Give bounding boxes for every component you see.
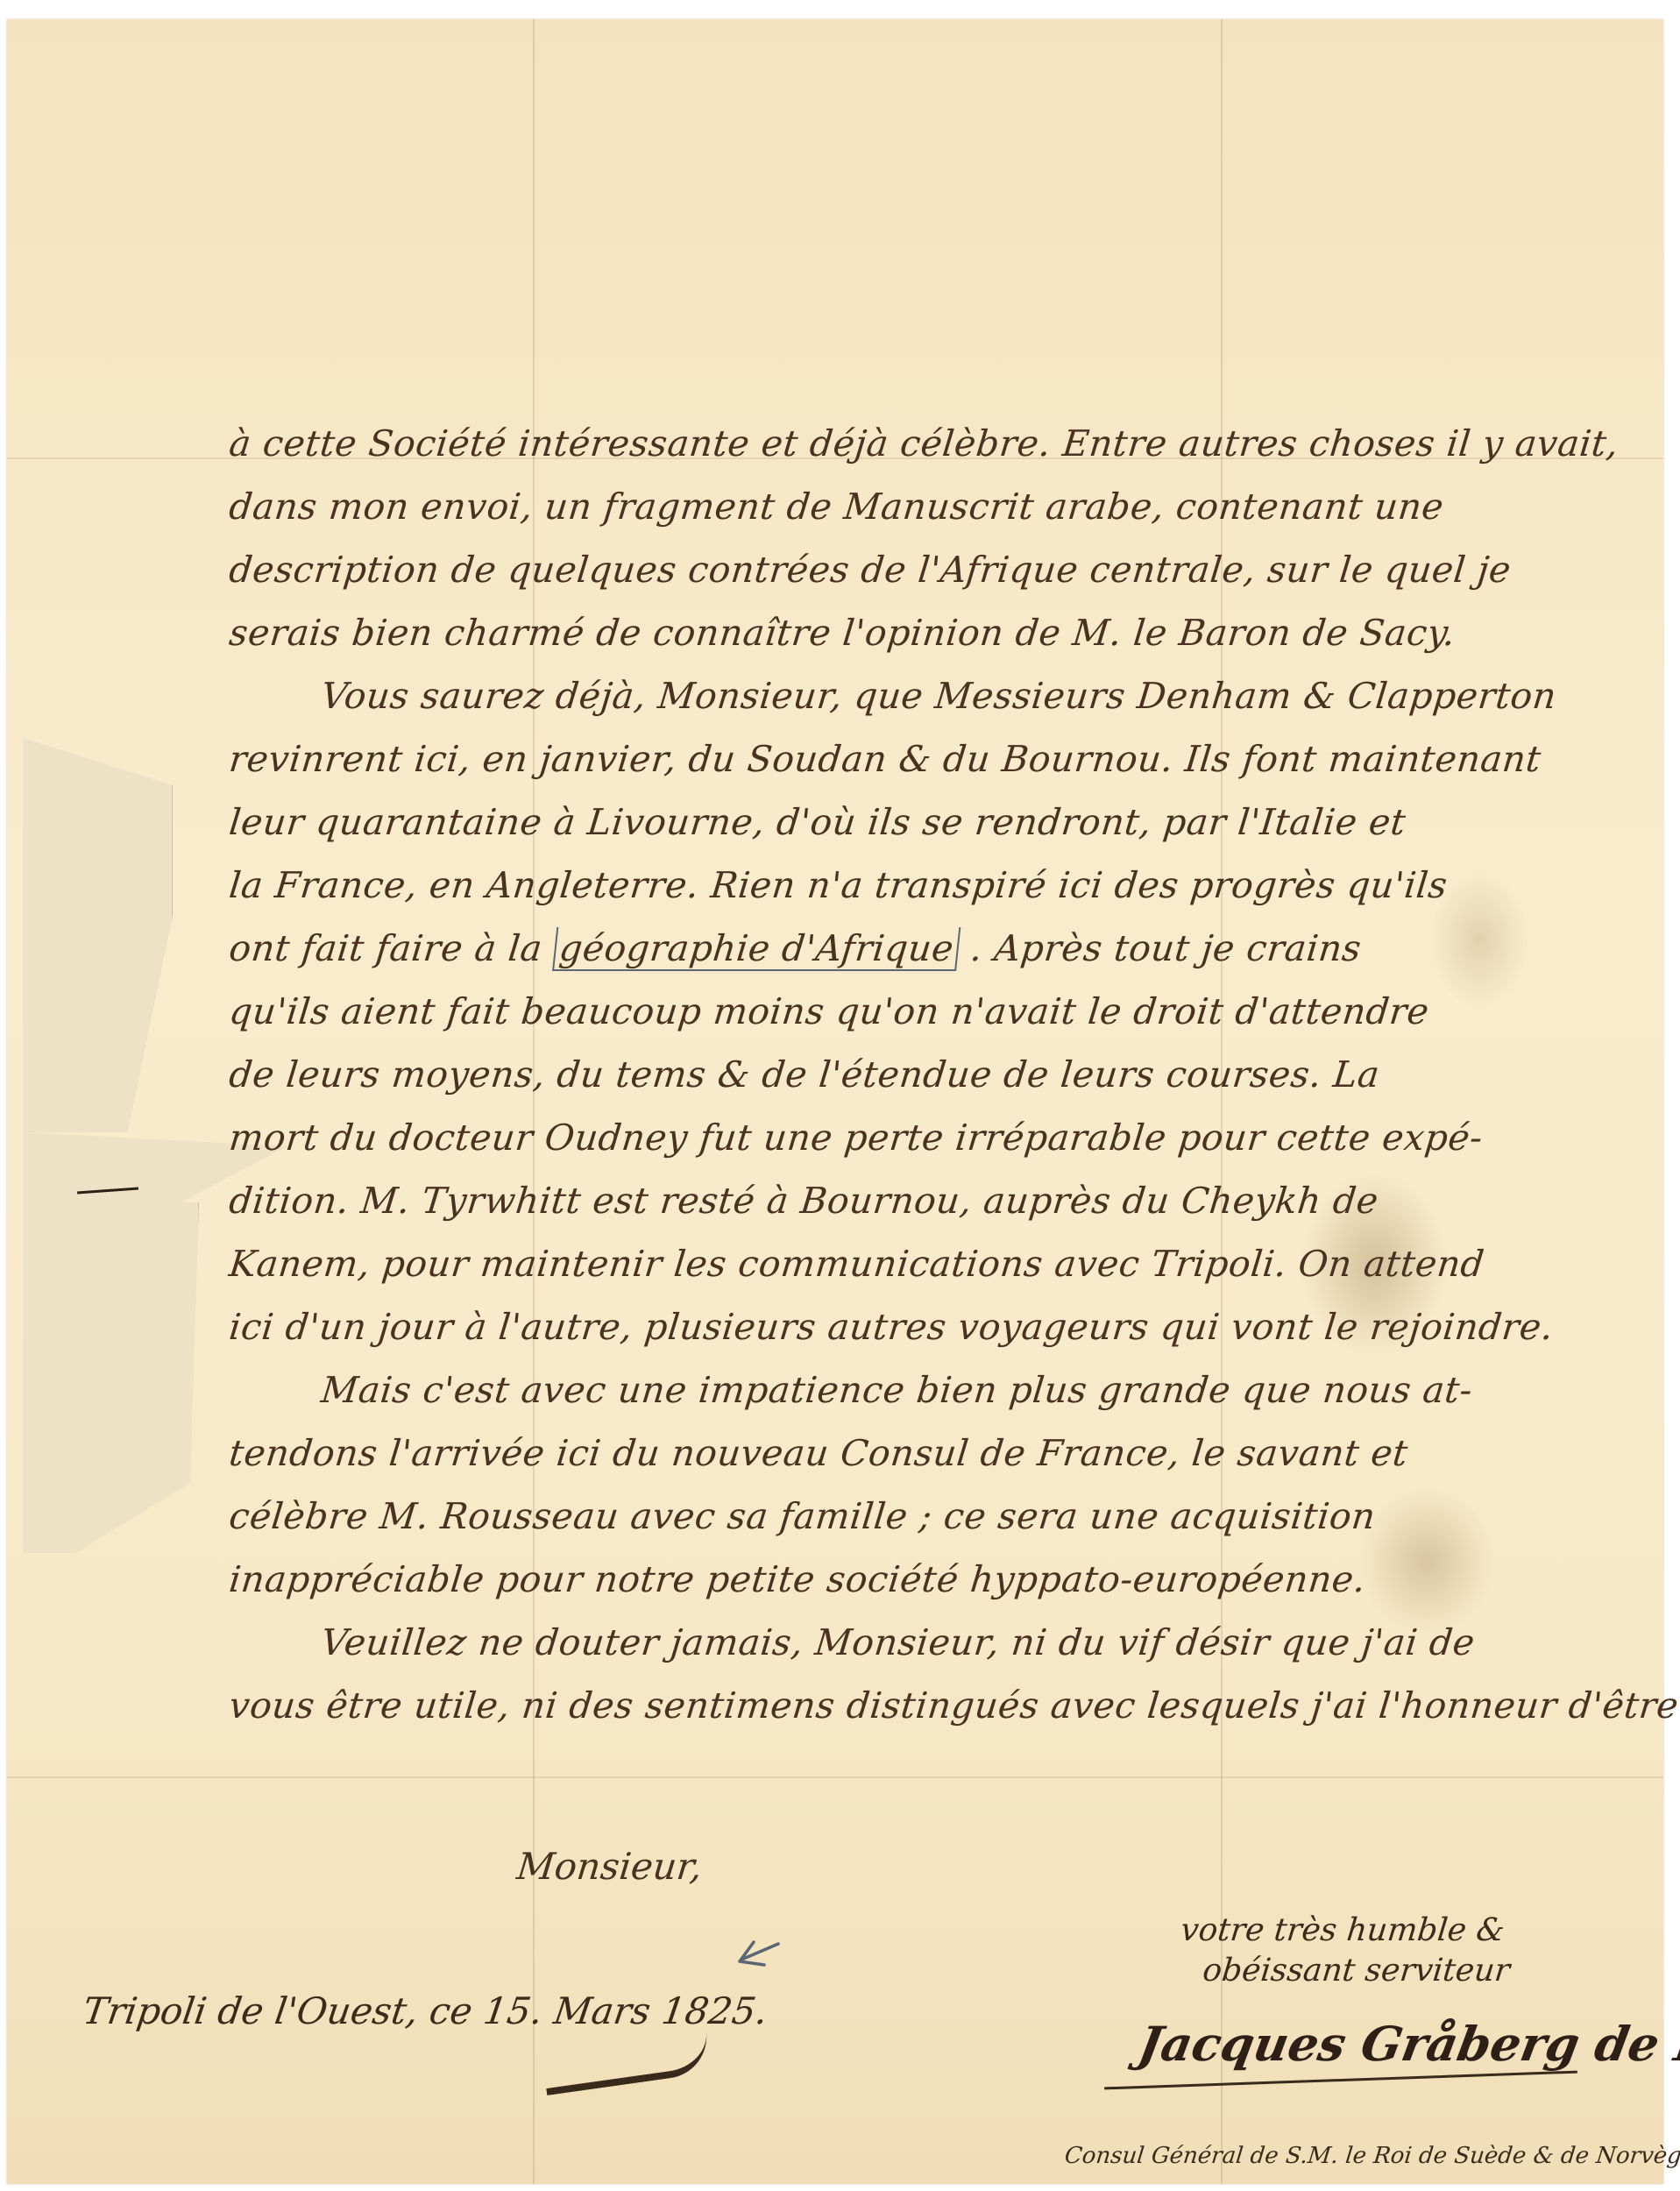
signature: Jacques Gråberg de Hemsö [1134,2016,1680,2072]
letter-line: leur quarantaine à Livourne, d'où ils se… [226,791,1653,854]
letter-line: inappréciable pour notre petite société … [226,1548,1653,1611]
letter-line: Veuillez ne douter jamais, Monsieur, ni … [226,1611,1653,1674]
letter-line: Kanem, pour maintenir les communications… [226,1232,1653,1295]
torn-paper-flap [23,1202,199,1553]
letter-line: la France, en Angleterre. Rien n'a trans… [226,854,1653,917]
letter-line: revinrent ici, en janvier, du Soudan & d… [226,727,1653,791]
torn-paper-flap [23,738,173,1132]
letter-line: qu'ils aient fait beaucoup moins qu'on n… [226,980,1653,1043]
letter-line: mort du docteur Oudney fut une perte irr… [226,1106,1653,1169]
closing-formula: votre très humble & obéissant serviteur [1174,1911,1516,1991]
letter-line: vous être utile, ni des sentimens distin… [226,1674,1653,1737]
closing-line: votre très humble & [1179,1911,1516,1951]
letter-line: description de quelques contrées de l'Af… [226,538,1653,601]
letter-line: ici d'un jour à l'autre, plusieurs autre… [226,1295,1653,1358]
letter-line: serais bien charmé de connaître l'opinio… [226,601,1653,664]
letter-text: ont fait faire à la [227,927,544,969]
signatory-title: Consul Général de S.M. le Roi de Suède &… [1063,2143,1680,2169]
letter-line: de leurs moyens, du tems & de l'étendue … [226,1043,1653,1106]
letter-body: à cette Société intéressante et déjà cél… [226,412,1646,1737]
closing-line: obéissant serviteur [1174,1951,1512,1991]
arrow-left-icon [734,1939,780,1970]
pencil-bracketed-phrase: géographie d'Afrique [552,927,961,971]
fold-crease-horizontal [7,1776,1663,1778]
letter-line: dition. M. Tyrwhitt est resté à Bournou,… [226,1169,1653,1232]
letter-line: Mais c'est avec une impatience bien plus… [226,1358,1653,1422]
letter-line: à cette Société intéressante et déjà cél… [226,412,1653,475]
letter-text: . Après tout je crains [968,927,1364,969]
letter-line: dans mon envoi, un fragment de Manuscrit… [226,475,1653,538]
letter-line: tendons l'arrivée ici du nouveau Consul … [226,1422,1653,1485]
dateline: Tripoli de l'Ouest, ce 15. Mars 1825. [81,1989,770,2032]
letter-line: célèbre M. Rousseau avec sa famille ; ce… [226,1485,1653,1548]
salutation: Monsieur, [514,1845,704,1888]
letter-line: Vous saurez déjà, Monsieur, que Messieur… [226,664,1653,727]
letter-line: ont fait faire à la géographie d'Afrique… [226,917,1653,980]
